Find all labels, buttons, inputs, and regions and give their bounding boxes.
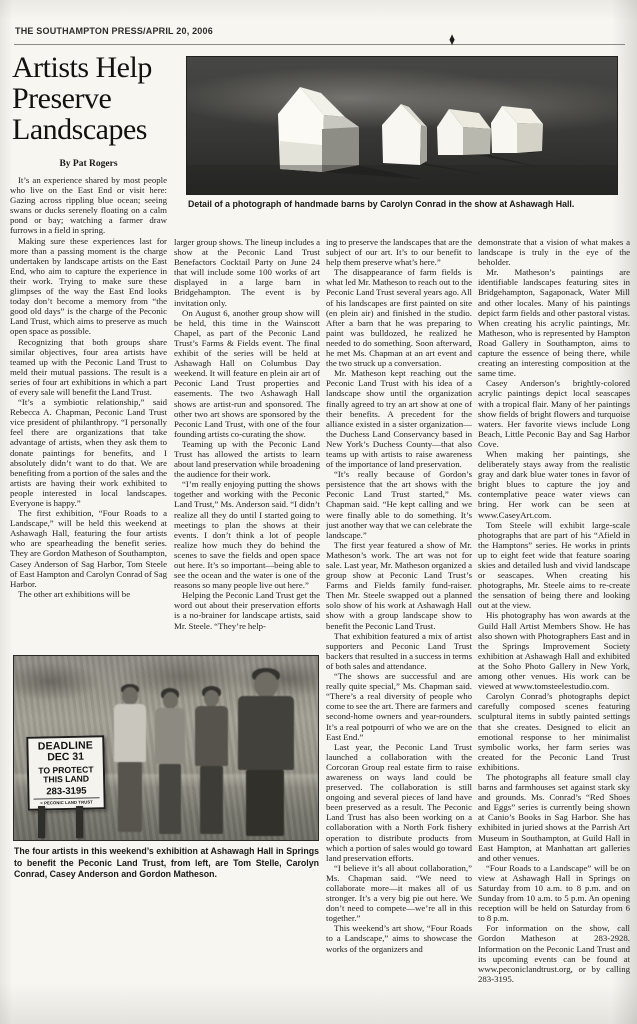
- paragraph: On August 6, another group show will be …: [174, 308, 320, 439]
- paragraph: “It’s a symbiotic relationship,” said Re…: [10, 397, 167, 508]
- paragraph: larger group shows. The lineup includes …: [174, 237, 320, 308]
- newspaper-page: THE SOUTHAMPTON PRESS/APRIL 20, 2006 ♦ A…: [0, 0, 637, 1024]
- header-rule: [14, 44, 625, 45]
- paragraph: “The shows are successful and are really…: [326, 671, 472, 742]
- artist-figure-4: [236, 668, 298, 838]
- artist-figure-2: [152, 688, 190, 836]
- article-column-4: demonstrate that a vision of what makes …: [478, 237, 630, 1015]
- paragraph: When making her paintings, she deliberat…: [478, 449, 630, 520]
- paragraph: Carolyn Conrad’s photographs depict care…: [478, 691, 630, 772]
- paragraph: The photographs all feature small clay b…: [478, 772, 630, 863]
- sign-post-left: [38, 806, 45, 838]
- paragraph: His photography has won awards at the Gu…: [478, 610, 630, 691]
- artist-figure-3: [192, 686, 232, 836]
- paragraph: The first exhibition, “Four Roads to a L…: [10, 508, 167, 589]
- paragraph: Helping the Peconic Land Trust get the w…: [174, 590, 320, 630]
- paragraph: For information on the show, call Gordon…: [478, 923, 630, 984]
- sign-logo-text: ≈ PECONIC LAND TRUST: [34, 797, 100, 805]
- artist-figure-1: [110, 684, 150, 834]
- paragraph: Mr. Matheson’s paintings are identifiabl…: [478, 267, 630, 378]
- page-title: Artists Help Preserve Landscapes: [12, 52, 188, 145]
- paragraph: Tom Steele will exhibit large-scale phot…: [478, 520, 630, 611]
- paragraph: This weekend’s art show, “Four Roads to …: [326, 923, 472, 953]
- paragraph: “It’s really because of Gordon’s persist…: [326, 469, 472, 540]
- paragraph: The disappearance of farm fields is what…: [326, 267, 472, 368]
- paragraph: Last year, the Peconic Land Trust launch…: [326, 742, 472, 863]
- article-column-3: ing to preserve the landscapes that are …: [326, 237, 472, 1015]
- paragraph: Making sure these experiences last for m…: [10, 236, 167, 337]
- paragraph: It’s an experience shared by most people…: [10, 175, 167, 236]
- article-column-2: larger group shows. The lineup includes …: [174, 237, 320, 653]
- paragraph: “I’m really enjoying putting the shows t…: [174, 479, 320, 590]
- sign-line-date: DEC 31: [29, 751, 103, 764]
- barns-photo: [187, 57, 617, 194]
- artists-photo: DEADLINE DEC 31 TO PROTECT THIS LAND 283…: [14, 656, 318, 840]
- diamond-ornament-icon: ♦: [449, 30, 455, 48]
- paragraph: Recognizing that both groups share simil…: [10, 337, 167, 398]
- paragraph: The other art exhibitions will be: [10, 589, 167, 599]
- sign-post-right: [76, 806, 83, 838]
- paragraph: demonstrate that a vision of what makes …: [478, 237, 630, 267]
- byline: By Pat Rogers: [10, 159, 167, 169]
- barns-illustration: [187, 57, 617, 194]
- paragraph: “Four Roads to a Landscape” will be on v…: [478, 863, 630, 924]
- paragraph: Teaming up with the Peconic Land Trust h…: [174, 439, 320, 479]
- sign-line-land: THIS LAND: [29, 774, 103, 785]
- paragraph: Mr. Matheson kept reaching out the Pecon…: [326, 368, 472, 469]
- masthead: THE SOUTHAMPTON PRESS/APRIL 20, 2006: [15, 26, 213, 37]
- paragraph: “I believe it’s all about collaboration,…: [326, 863, 472, 924]
- paragraph: ing to preserve the landscapes that are …: [326, 237, 472, 267]
- paragraph: That exhibition featured a mix of artist…: [326, 631, 472, 671]
- article-column-1: It’s an experience shared by most people…: [10, 175, 167, 653]
- paragraph: Casey Anderson’s brightly-colored acryli…: [478, 378, 630, 449]
- top-photo-caption: Detail of a photograph of handmade barns…: [188, 199, 624, 210]
- deadline-sign: DEADLINE DEC 31 TO PROTECT THIS LAND 283…: [26, 735, 106, 811]
- bottom-photo-caption: The four artists in this weekend’s exhib…: [14, 846, 319, 881]
- paragraph: The first year featured a show of Mr. Ma…: [326, 540, 472, 631]
- sign-phone: 283-3195: [29, 785, 103, 798]
